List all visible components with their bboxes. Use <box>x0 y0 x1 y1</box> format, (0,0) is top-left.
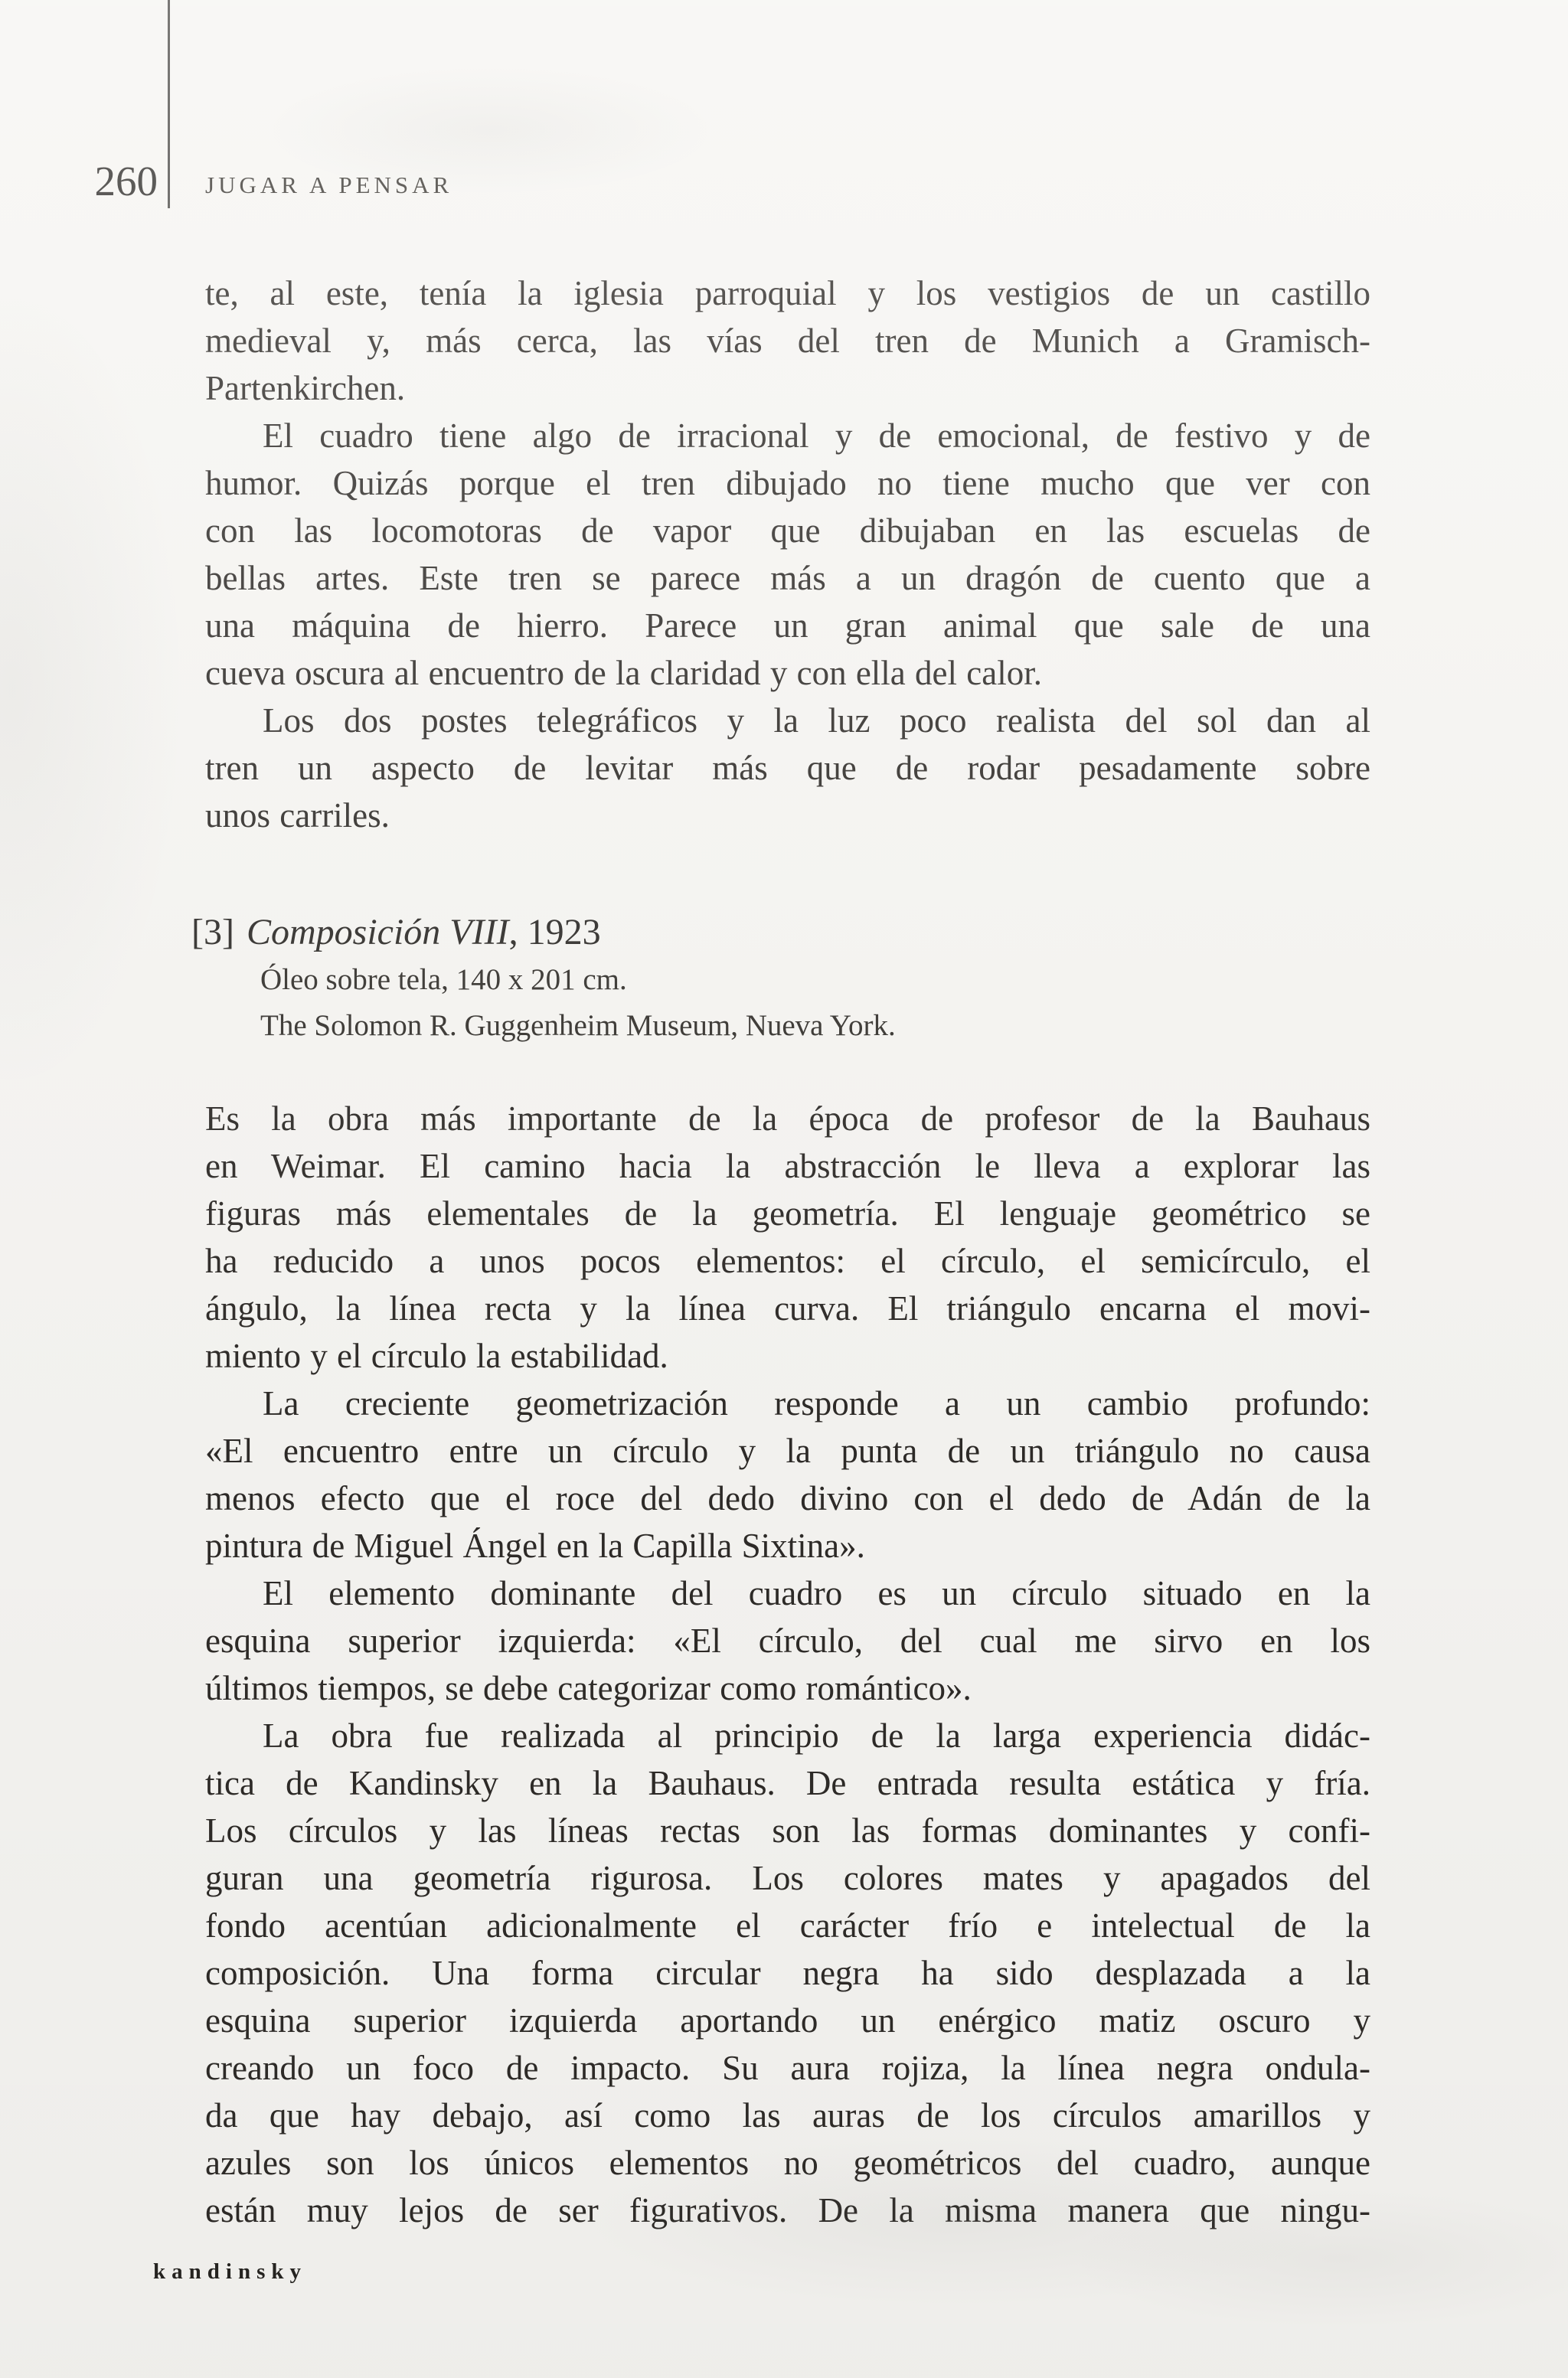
paragraph: El cuadro tiene algo de irracional y de … <box>191 412 1370 697</box>
paragraph: Es la obra más importante de la época de… <box>191 1095 1370 1380</box>
text-line: Es la obra más importante de la época de… <box>191 1095 1370 1142</box>
footer-keyword: kandinsky <box>153 2259 307 2285</box>
text-line: composición. Una forma circular negra ha… <box>191 1949 1370 1997</box>
page-number: 260 <box>46 159 158 204</box>
artwork-collection: The Solomon R. Guggenheim Museum, Nueva … <box>191 1003 1370 1049</box>
paragraph: La obra fue realizada al principio de la… <box>191 1712 1370 2234</box>
text-line: ángulo, la línea recta y la línea curva.… <box>191 1285 1370 1332</box>
text-line: tren un aspecto de levitar más que de ro… <box>191 744 1370 792</box>
text-line: da que hay debajo, así como las auras de… <box>191 2092 1370 2139</box>
running-head: JUGAR A PENSAR <box>205 171 452 199</box>
text-line: miento y el círculo la estabilidad. <box>191 1332 1370 1380</box>
text-line: figuras más elementales de la geometría.… <box>191 1190 1370 1237</box>
text-line: ha reducido a unos pocos elementos: el c… <box>191 1237 1370 1285</box>
text-line: guran una geometría rigurosa. Los colore… <box>191 1854 1370 1902</box>
header-vertical-rule <box>168 0 170 208</box>
body-text: te, al este, tenía la iglesia parroquial… <box>191 269 1370 2234</box>
artwork-number-label: [3] <box>191 912 234 952</box>
artwork-year: , 1923 <box>509 912 601 952</box>
text-line: pintura de Miguel Ángel en la Capilla Si… <box>191 1522 1370 1570</box>
text-line: en Weimar. El camino hacia la abstracció… <box>191 1142 1370 1190</box>
text-line: Partenkirchen. <box>191 364 1370 412</box>
text-line: «El encuentro entre un círculo y la punt… <box>191 1427 1370 1475</box>
artwork-heading: [3]Composición VIII, 1923Óleo sobre tela… <box>191 908 1370 1049</box>
text-line: fondo acentúan adicionalmente el carácte… <box>191 1902 1370 1949</box>
artwork-title: Composición VIII <box>247 912 509 952</box>
text-line: unos carriles. <box>191 792 1370 839</box>
artwork-medium: Óleo sobre tela, 140 x 201 cm. <box>191 957 1370 1003</box>
text-line: cueva oscura al encuentro de la claridad… <box>191 649 1370 697</box>
text-line: con las locomotoras de vapor que dibujab… <box>191 507 1370 554</box>
text-line: una máquina de hierro. Parece un gran an… <box>191 602 1370 649</box>
text-line: creando un foco de impacto. Su aura roji… <box>191 2044 1370 2092</box>
text-line: esquina superior izquierda: «El círculo,… <box>191 1617 1370 1664</box>
text-line: El elemento dominante del cuadro es un c… <box>191 1570 1370 1617</box>
text-line: tica de Kandinsky en la Bauhaus. De entr… <box>191 1759 1370 1807</box>
text-line: están muy lejos de ser figurativos. De l… <box>191 2187 1370 2234</box>
text-line: te, al este, tenía la iglesia parroquial… <box>191 269 1370 317</box>
text-line: Los dos postes telegráficos y la luz poc… <box>191 697 1370 744</box>
text-line: El cuadro tiene algo de irracional y de … <box>191 412 1370 459</box>
text-line: últimos tiempos, se debe categorizar com… <box>191 1664 1370 1712</box>
text-line: azules son los únicos elementos no geomé… <box>191 2139 1370 2187</box>
artwork-title-line: [3]Composición VIII, 1923 <box>191 908 1370 957</box>
text-line: esquina superior izquierda aportando un … <box>191 1997 1370 2044</box>
paragraph: La creciente geometrización responde a u… <box>191 1380 1370 1570</box>
paragraph: Los dos postes telegráficos y la luz poc… <box>191 697 1370 839</box>
text-line: medieval y, más cerca, las vías del tren… <box>191 317 1370 364</box>
text-line: La creciente geometrización responde a u… <box>191 1380 1370 1427</box>
book-page: 260 JUGAR A PENSAR te, al este, tenía la… <box>0 0 1568 2378</box>
text-line: La obra fue realizada al principio de la… <box>191 1712 1370 1759</box>
paragraph: El elemento dominante del cuadro es un c… <box>191 1570 1370 1712</box>
text-line: menos efecto que el roce del dedo divino… <box>191 1475 1370 1522</box>
text-line: Los círculos y las líneas rectas son las… <box>191 1807 1370 1854</box>
paragraph: te, al este, tenía la iglesia parroquial… <box>191 269 1370 412</box>
text-line: humor. Quizás porque el tren dibujado no… <box>191 459 1370 507</box>
text-line: bellas artes. Este tren se parece más a … <box>191 554 1370 602</box>
